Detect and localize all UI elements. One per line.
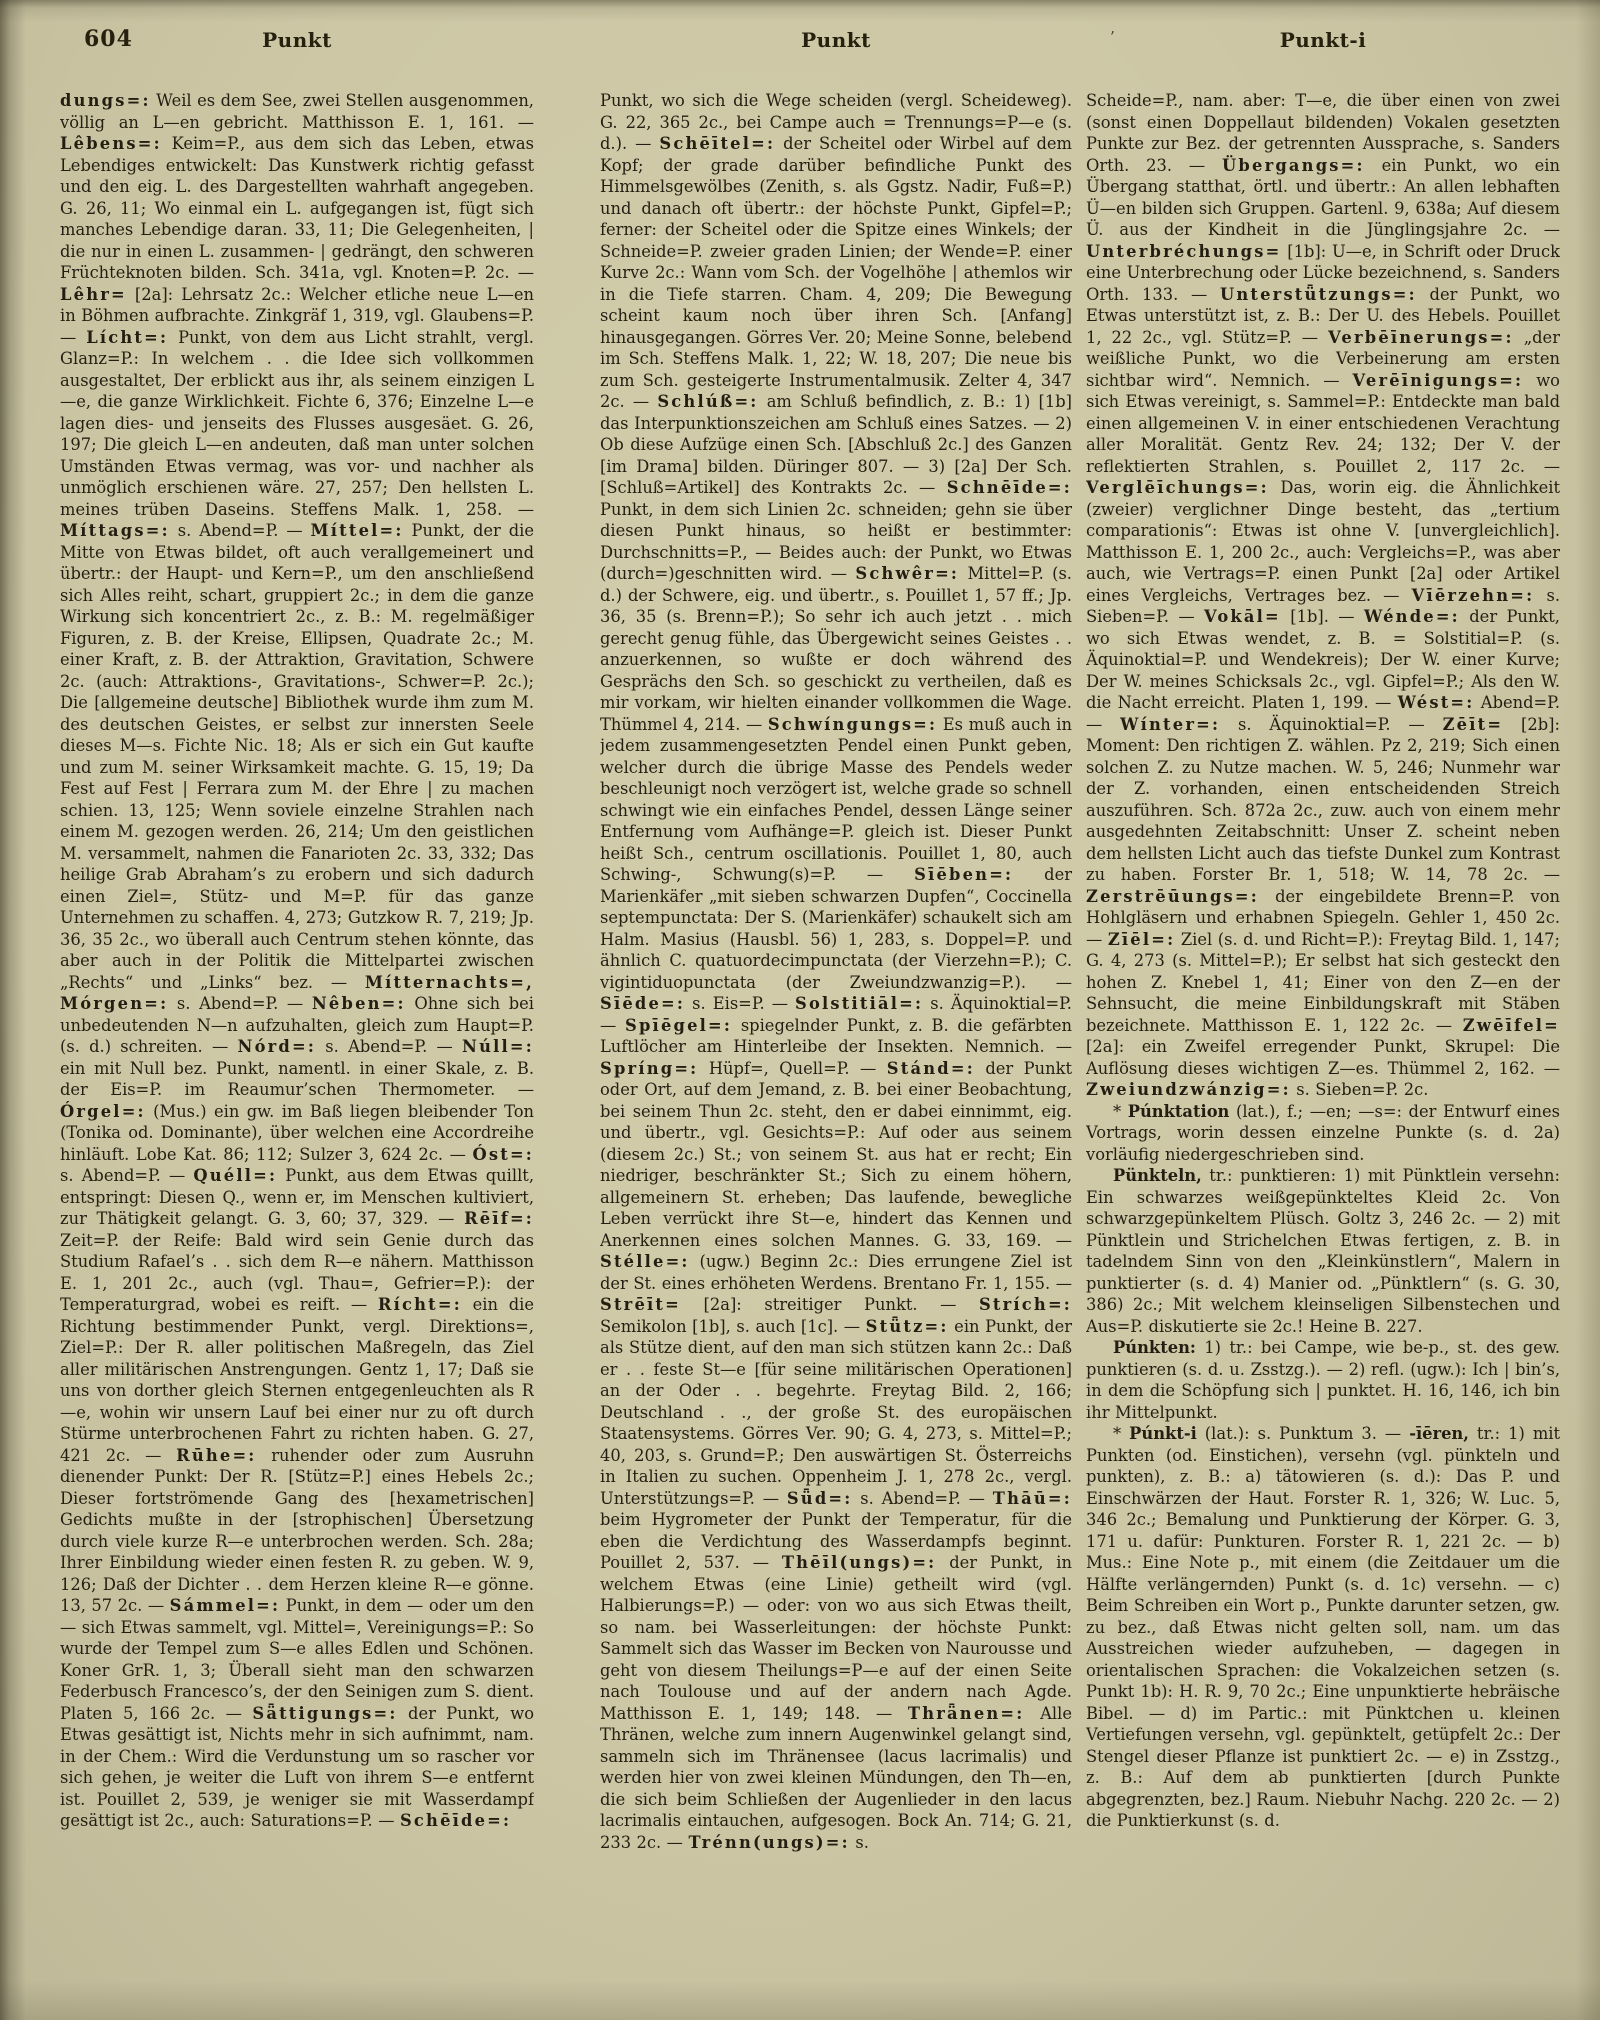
text-run: Punkt, der die Mitte von Etwas bildet, o… xyxy=(60,521,534,992)
paragraph: Pünkteln, tr.: punktieren: 1) mit Pünktl… xyxy=(1086,1165,1560,1337)
text-run: (lat.): s. Punktum 3. — xyxy=(1197,1424,1409,1443)
compound-headword: Thēīl(ungs)=: xyxy=(782,1553,937,1572)
entry-lemma: Pünkteln, xyxy=(1113,1166,1202,1185)
compound-headword: Verglēīchungs=: xyxy=(1086,478,1269,497)
compound-headword: Zerstrēūungs=: xyxy=(1086,887,1259,906)
text-run: Hüpf=, Quell=P. — xyxy=(698,1059,886,1078)
compound-headword: Lêhr= xyxy=(60,285,127,304)
paragraph: Púnkten: 1) tr.: bei Campe, wie be-p., s… xyxy=(1086,1337,1560,1423)
compound-headword: Zīēl=: xyxy=(1108,930,1175,949)
compound-headword: Solstitiāl=: xyxy=(795,994,923,1013)
compound-headword: Unterbréchungs= xyxy=(1086,242,1281,261)
text-column-1: dungs=: Weil es dem See, zwei Stellen au… xyxy=(60,90,534,1872)
compound-headword: Wínter=: xyxy=(1120,715,1220,734)
text-run: s. Abend=P. — xyxy=(170,521,311,540)
text-run: Mittel=P. (s. d.) der Schwere, eig. und … xyxy=(600,564,1072,734)
compound-headword: Núll=: xyxy=(462,1037,534,1056)
compound-headword: Sǟttigungs=: xyxy=(252,1704,397,1723)
running-head-center: Punkt xyxy=(600,28,1072,52)
text-run: s. Äquinoktial=P. — xyxy=(1220,715,1442,734)
text-run: ruhender oder zum Ausruhn dienender Punk… xyxy=(60,1446,534,1616)
text-run: Semikolon [1b], s. auch [1c]. — xyxy=(600,1317,866,1336)
entry-lemma: Púnktation xyxy=(1128,1102,1230,1121)
compound-headword: Rícht=: xyxy=(378,1295,462,1314)
dictionary-page: 604 Punkt Punkt Punkt-i ’ dungs=: Weil e… xyxy=(0,0,1600,2020)
compound-headword: Míttel=: xyxy=(311,521,404,540)
compound-headword: Rūhe=: xyxy=(176,1446,256,1465)
text-run: der Punkt, in welchem Etwas (eine Linie)… xyxy=(600,1553,1072,1723)
text-run: * xyxy=(1113,1102,1128,1121)
running-head-left: Punkt xyxy=(60,28,534,52)
text-run: Alle Thränen, welche zum innern Augenwin… xyxy=(600,1704,1072,1852)
compound-headword: Lícht=: xyxy=(86,328,168,347)
compound-headword: Thrǟnen=: xyxy=(908,1704,1025,1723)
compound-headword: Quéll=: xyxy=(193,1166,277,1185)
compound-headword: Zēīt= xyxy=(1443,715,1504,734)
text-run: der Punkt oder Ort, auf dem Jemand, z. B… xyxy=(600,1059,1072,1250)
text-run: s. Abend=P. — xyxy=(852,1489,992,1508)
paragraph: Punkt, wo sich die Wege scheiden (vergl.… xyxy=(600,90,1072,1853)
compound-headword: Stélle=: xyxy=(600,1252,690,1271)
text-run: Es muß auch in jedem zusammengesetzten P… xyxy=(600,715,1072,885)
text-run: ein Punkt, der als Stütze dient, auf den… xyxy=(600,1317,1072,1508)
text-run: Punkt, von dem aus Licht strahlt, vergl.… xyxy=(60,328,534,519)
compound-headword: Órgel=: xyxy=(60,1102,146,1121)
compound-headword: Zweiundzwánzig=: xyxy=(1086,1080,1291,1099)
compound-headword: Thāū=: xyxy=(993,1489,1072,1508)
text-run: ein mit Null bez. Punkt, namentl. in ein… xyxy=(60,1059,534,1100)
compound-headword: Verbēīnerungs=: xyxy=(1328,328,1514,347)
text-run: der Scheitel oder Wirbel auf dem Kopf; d… xyxy=(600,134,1072,411)
text-column-2: Punkt, wo sich die Wege scheiden (vergl.… xyxy=(600,90,1072,1888)
text-run: ein die Richtung bestimmender Punkt, ver… xyxy=(60,1295,534,1465)
paragraph: * Púnkt-i (lat.): s. Punktum 3. — -īēren… xyxy=(1086,1423,1560,1832)
ink-speck: ’ xyxy=(1110,28,1115,46)
compound-headword: Verēīnigungs=: xyxy=(1353,371,1524,390)
compound-headword: Zwēīfel= xyxy=(1463,1016,1560,1035)
text-run: Keim=P., aus dem sich das Leben, etwas L… xyxy=(60,134,534,282)
text-run: [2a]: ein Zweifel erregender Punkt, Skru… xyxy=(1086,1037,1560,1078)
paragraph: dungs=: Weil es dem See, zwei Stellen au… xyxy=(60,90,534,1832)
text-run: [2b]: Moment: Den richtigen Z. wählen. P… xyxy=(1086,715,1560,885)
text-run: s. Abend=P. — xyxy=(60,1166,193,1185)
compound-headword: dungs=: xyxy=(60,91,151,110)
text-run: s. Sieben=P. 2c. xyxy=(1291,1080,1429,1099)
compound-headword: Wénde=: xyxy=(1364,607,1460,626)
compound-headword: Vīērzehn=: xyxy=(1412,586,1535,605)
compound-headword: Schlúß=: xyxy=(657,392,758,411)
text-run: * xyxy=(1113,1424,1129,1443)
entry-lemma: Púnkt-i xyxy=(1129,1424,1197,1443)
text-run: tr.: 1) mit Punkten (od. Einstichen), ve… xyxy=(1086,1424,1560,1830)
compound-headword: Stánd=: xyxy=(887,1059,975,1078)
compound-headword: Unterstǖtzungs=: xyxy=(1220,285,1417,304)
compound-headword: Sīēde=: xyxy=(600,994,685,1013)
text-run: [1b]. — xyxy=(1281,607,1364,626)
running-head-right: Punkt-i xyxy=(1086,28,1560,52)
compound-headword: Míttags=: xyxy=(60,521,170,540)
entry-lemma: Púnkten: xyxy=(1113,1338,1196,1357)
text-run: s. Abend=P. — xyxy=(168,994,312,1013)
compound-headword: Schēīde=: xyxy=(400,1811,511,1830)
compound-headword: Strích=: xyxy=(979,1295,1072,1314)
compound-headword: Schwíngungs=: xyxy=(768,715,937,734)
compound-headword: Übergangs=: xyxy=(1222,156,1365,175)
entry-lemma: -īēren, xyxy=(1409,1424,1469,1443)
compound-headword: Spīēgel=: xyxy=(625,1016,732,1035)
compound-headword: Vokāl= xyxy=(1204,607,1281,626)
text-column-3: Scheide=P., nam. aber: T—e, die über ein… xyxy=(1086,90,1560,1888)
compound-headword: Wést=: xyxy=(1398,693,1475,712)
compound-headword: Schwêr=: xyxy=(855,564,959,583)
compound-headword: Óst=: xyxy=(472,1145,534,1164)
compound-headword: Stǖtz=: xyxy=(866,1317,949,1336)
compound-headword: Trénn(ungs)=: xyxy=(688,1833,849,1852)
compound-headword: Schēītel=: xyxy=(659,134,775,153)
text-run: s. xyxy=(850,1833,869,1852)
compound-headword: Sǖd=: xyxy=(787,1489,853,1508)
text-run: [2a]: streitiger Punkt. — xyxy=(681,1295,979,1314)
paragraph: Scheide=P., nam. aber: T—e, die über ein… xyxy=(1086,90,1560,1101)
compound-headword: Schnēīde=: xyxy=(947,478,1072,497)
compound-headword: Nêben=: xyxy=(312,994,406,1013)
compound-headword: Sámmel=: xyxy=(170,1596,281,1615)
compound-headword: Rēīf=: xyxy=(464,1209,534,1228)
compound-headword: Strēīt= xyxy=(600,1295,681,1314)
compound-headword: Sīēben=: xyxy=(914,865,1013,884)
text-run: s. Abend=P. — xyxy=(316,1037,462,1056)
paragraph: * Púnktation (lat.), f.; —en; —s=: der E… xyxy=(1086,1101,1560,1166)
text-run: s. Eis=P. — xyxy=(685,994,795,1013)
text-run: tr.: punktieren: 1) mit Pünktlein verseh… xyxy=(1086,1166,1560,1336)
compound-headword: Nórd=: xyxy=(238,1037,317,1056)
compound-headword: Spríng=: xyxy=(600,1059,698,1078)
compound-headword: Lêbens=: xyxy=(60,134,162,153)
